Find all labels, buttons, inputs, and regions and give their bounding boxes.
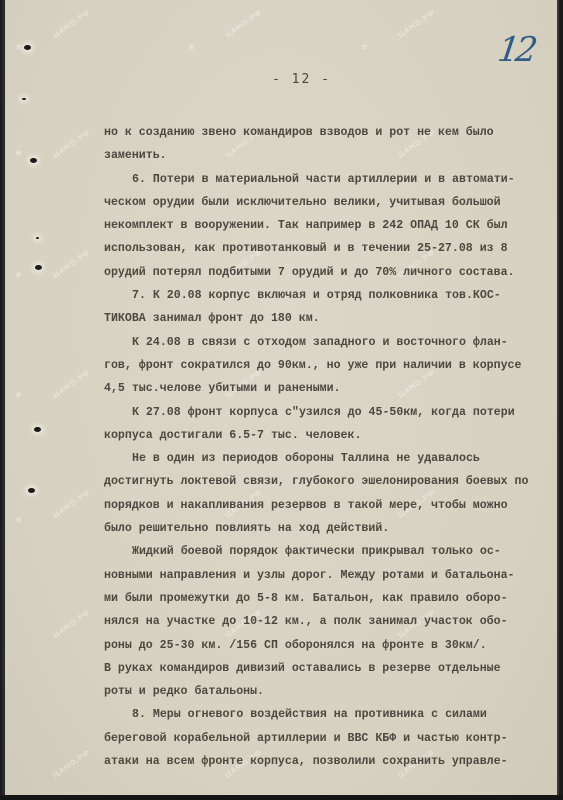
text-line: 6. Потери в материальной части артиллери… (104, 168, 560, 191)
watermark: ЦАМО.РФ (52, 128, 92, 159)
watermark: ЦАМО.РФ (52, 608, 92, 639)
text-line: атаки на всем фронте корпуса, позволили … (104, 750, 560, 773)
watermark: ЦАМО.РФ (224, 8, 264, 39)
handwritten-folio-number: 12 (495, 30, 536, 70)
watermark-star-icon: ★ (14, 515, 23, 526)
text-line: ТИКОВА занимал фронт до 180 км. (104, 307, 560, 330)
text-line: ми были промежутки до 5-8 км. Батальон, … (104, 587, 560, 610)
punch-hole (34, 427, 41, 432)
text-line: 7. К 20.08 корпус включая и отряд полков… (104, 284, 560, 307)
text-line: нялся на участке до 10-12 км., а полк за… (104, 610, 560, 633)
text-line: К 24.08 в связи с отходом западного и во… (104, 331, 560, 354)
text-line: корпуса достигали 6.5-7 тыс. человек. (104, 424, 560, 447)
watermark: ЦАМО.РФ (397, 8, 437, 39)
watermark: ЦАМО.РФ (52, 368, 92, 399)
punch-hole (28, 488, 35, 493)
page-edge (2, 0, 5, 796)
watermark-star-icon: ★ (14, 42, 23, 53)
punch-hole (35, 265, 42, 270)
text-line: ческом орудии были исключительно велики,… (104, 191, 560, 214)
watermark: ЦАМО.РФ (52, 8, 92, 39)
text-line: некомплект в вооружении. Так например в … (104, 214, 560, 237)
page-number: - 12 - (272, 72, 331, 87)
scan-border (0, 795, 563, 800)
watermark: ЦАМО.РФ (52, 248, 92, 279)
text-line: использован, как противотанковый и в теч… (104, 237, 560, 260)
text-line: береговой корабельной артиллерии и ВВС К… (104, 727, 560, 750)
watermark-star-icon: ★ (360, 42, 369, 53)
text-line: порядков и накапливания резервов в такой… (104, 494, 560, 517)
text-line: 8. Меры огневого воздействия на противни… (104, 703, 560, 726)
punch-hole (30, 158, 37, 163)
text-line: было решительно повлиять на ход действий… (104, 517, 560, 540)
text-line: но к созданию звено командиров взводов и… (104, 121, 560, 144)
watermark-star-icon: ★ (14, 148, 23, 159)
watermark: ЦАМО.РФ (52, 748, 92, 779)
watermark: ЦАМО.РФ (52, 488, 92, 519)
text-line: Жидкий боевой порядок фактически прикрыв… (104, 540, 560, 563)
watermark-star-icon: ★ (187, 42, 196, 53)
text-line: К 27.08 фронт корпуса с"узился до 45-50к… (104, 401, 560, 424)
text-line: новными направления и узлы дорог. Между … (104, 564, 560, 587)
punch-hole (22, 98, 26, 100)
text-line: Не в один из периодов обороны Таллина не… (104, 447, 560, 470)
text-line: гов, фронт сократился до 90км., но уже п… (104, 354, 560, 377)
text-line: роны до 25-30 км. /156 СП оборонялся на … (104, 634, 560, 657)
text-line: заменить. (104, 144, 560, 167)
watermark-star-icon: ★ (14, 270, 23, 281)
document-page: ЦАМО.РФ ЦАМО.РФ ЦАМО.РФ ЦАМО.РФ ЦАМО.РФ … (2, 0, 559, 796)
punch-hole (36, 237, 39, 239)
text-line: достигнуть локтевой связи, глубокого эше… (104, 470, 560, 493)
typewritten-body: но к созданию звено командиров взводов и… (104, 121, 560, 773)
text-line: 4,5 тыс.челове убитыми и ранеными. (104, 377, 560, 400)
watermark-star-icon: ★ (14, 390, 23, 401)
punch-hole (24, 45, 31, 50)
text-line: роты и редко батальоны. (104, 680, 560, 703)
text-line: орудий потерял подбитыми 7 орудий и до 7… (104, 261, 560, 284)
text-line: В руках командиров дивизий оставались в … (104, 657, 560, 680)
